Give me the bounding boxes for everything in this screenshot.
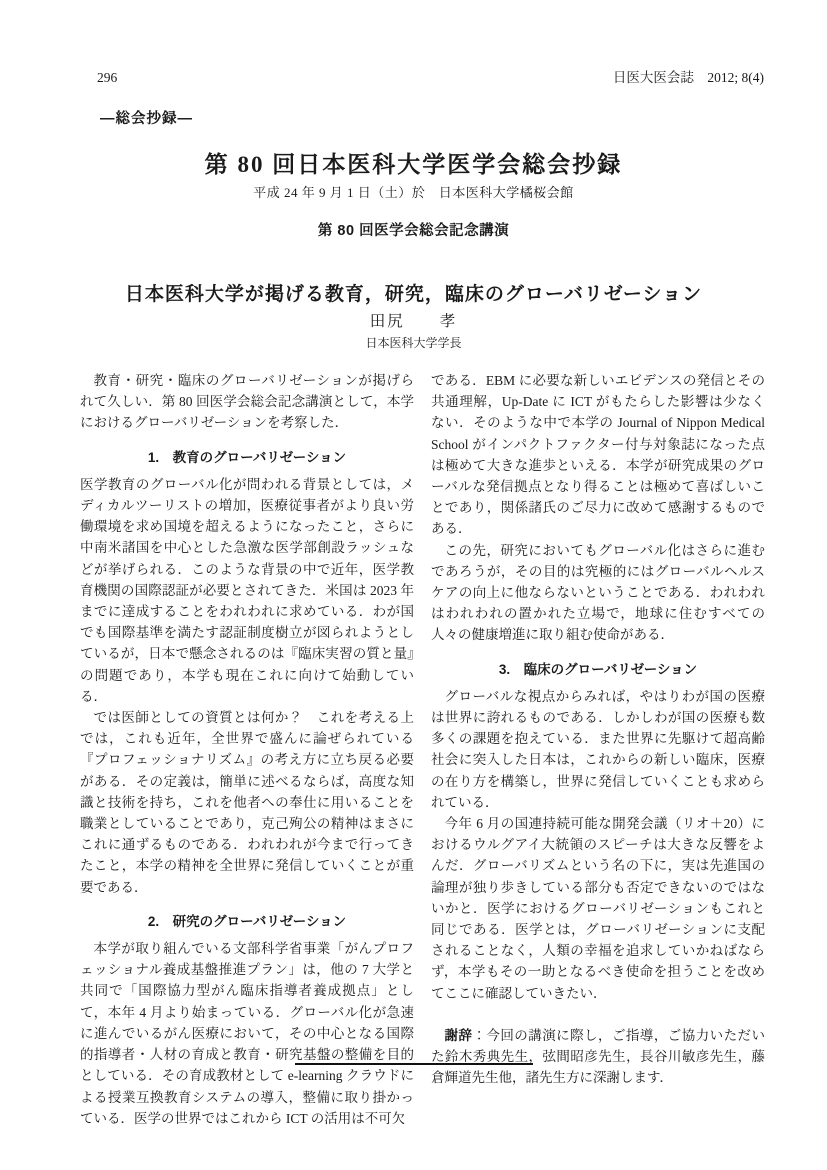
paragraph-research-2: この先，研究においてもグローバル化はさらに進むであろうが，その目的は究極的にはグ… (431, 540, 765, 646)
paragraph-education-1: 医学教育のグローバル化が問われる背景としては，メディカルツーリストの増加，医療従… (80, 474, 414, 707)
journal-reference: 日医大医会誌 2012; 8(4) (613, 66, 764, 86)
author-affiliation: 日本医科大学学長 (0, 334, 827, 351)
body-columns: 教育・研究・臨床のグローバリゼーションが掲げられて久しい．第 80 回医学会総会… (80, 370, 766, 1129)
journal-page: 296 日医大医会誌 2012; 8(4) ―総会抄録― 第 80 回日本医科大… (0, 0, 827, 1170)
section-heading-2: 2. 研究のグローバリゼーション (80, 911, 414, 932)
session-heading: 第 80 回医学会総会記念講演 (0, 219, 827, 240)
section-heading-3: 3. 臨床のグローバリゼーション (431, 659, 765, 680)
paragraph-research-continued: である．EBM に必要な新しいエビデンスの発信とその共通理解，Up-Date に… (431, 370, 765, 540)
meeting-title: 第 80 回日本医科大学医学会総会抄録 (0, 146, 827, 179)
author-name: 田尻 孝 (0, 309, 827, 331)
section-heading-1: 1. 教育のグローバリゼーション (80, 447, 414, 468)
footnote-divider-rule (295, 1063, 533, 1065)
paragraph-clinical-1: グローバルな視点からみれば，やはりわが国の医療は世界に誇れるものである．しかしわ… (431, 686, 765, 813)
left-column: 教育・研究・臨床のグローバリゼーションが掲げられて久しい．第 80 回医学会総会… (80, 370, 414, 1129)
series-label: ―総会抄録― (100, 107, 193, 128)
paragraph-clinical-2: 今年 6 月の国連持続可能な開発会議（リオ＋20）におけるウルグアイ大統領のスピ… (431, 813, 765, 1004)
acknowledgment-paragraph: 謝辞：今回の講演に際し，ご指導，ご協力いただいた鈴木秀典先生，弦間昭彦先生，長谷… (431, 1025, 765, 1089)
paragraph-education-2: では医師としての資質とは何か？ これを考える上では，これも近年，全世界で盛んに論… (80, 707, 414, 898)
lecture-title: 日本医科大学が掲げる教育，研究，臨床のグローバリゼーション (0, 279, 827, 306)
page-number: 296 (97, 70, 117, 86)
paragraph-intro: 教育・研究・臨床のグローバリゼーションが掲げられて久しい．第 80 回医学会総会… (80, 370, 414, 434)
acknowledgment-text: ：今回の講演に際し，ご指導，ご協力いただいた鈴木秀典先生，弦間昭彦先生，長谷川敏… (431, 1028, 765, 1085)
paragraph-research-1: 本学が取り組んでいる文部科学省事業「がんプロフェッショナル養成基盤推進プラン」は… (80, 938, 414, 1129)
date-venue-line: 平成 24 年 9 月 1 日（土）於 日本医科大学橘桜会館 (0, 182, 827, 201)
right-column: である．EBM に必要な新しいエビデンスの発信とその共通理解，Up-Date に… (431, 370, 765, 1129)
running-head: 296 日医大医会誌 2012; 8(4) (97, 66, 764, 86)
acknowledgment-label: 謝辞 (445, 1028, 473, 1043)
